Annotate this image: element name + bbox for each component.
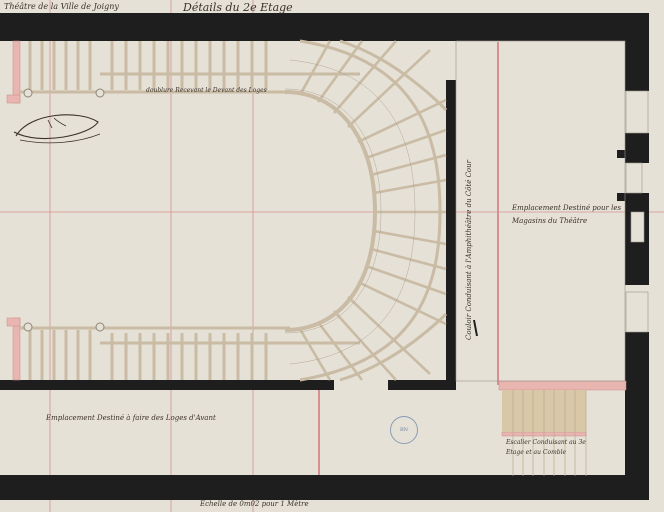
theatre-name: Théâtre de la Ville de Joigny (4, 2, 119, 11)
corridor-annotation: Couloir Conduisant à l'Amphithéâtre du C… (465, 140, 473, 340)
stair-line-1: Escalier Conduisant au 3e (506, 438, 586, 448)
stair-line-2: Etage et au Comble (506, 448, 586, 458)
storage-line-1: Emplacement Destiné pour les (512, 202, 621, 215)
stair-annotation: Escalier Conduisant au 3e Etage et au Co… (506, 438, 586, 458)
library-stamp: BN (390, 416, 418, 444)
scale-note: Echelle de 0m02 pour 1 Mètre (200, 500, 309, 508)
architectural-plan-sheet: Théâtre de la Ville de Joigny Détails du… (0, 0, 664, 512)
boxes-annotation: Emplacement Destiné à faire des Loges d'… (46, 414, 216, 422)
floor-plan-drawing (0, 0, 664, 512)
arch-annotation: doublure Recevant le Devant des Loges (146, 87, 267, 94)
drawing-title: Détails du 2e Etage (183, 1, 293, 14)
storage-line-2: Magasins du Théâtre (512, 215, 621, 228)
storage-annotation: Emplacement Destiné pour les Magasins du… (512, 202, 621, 228)
